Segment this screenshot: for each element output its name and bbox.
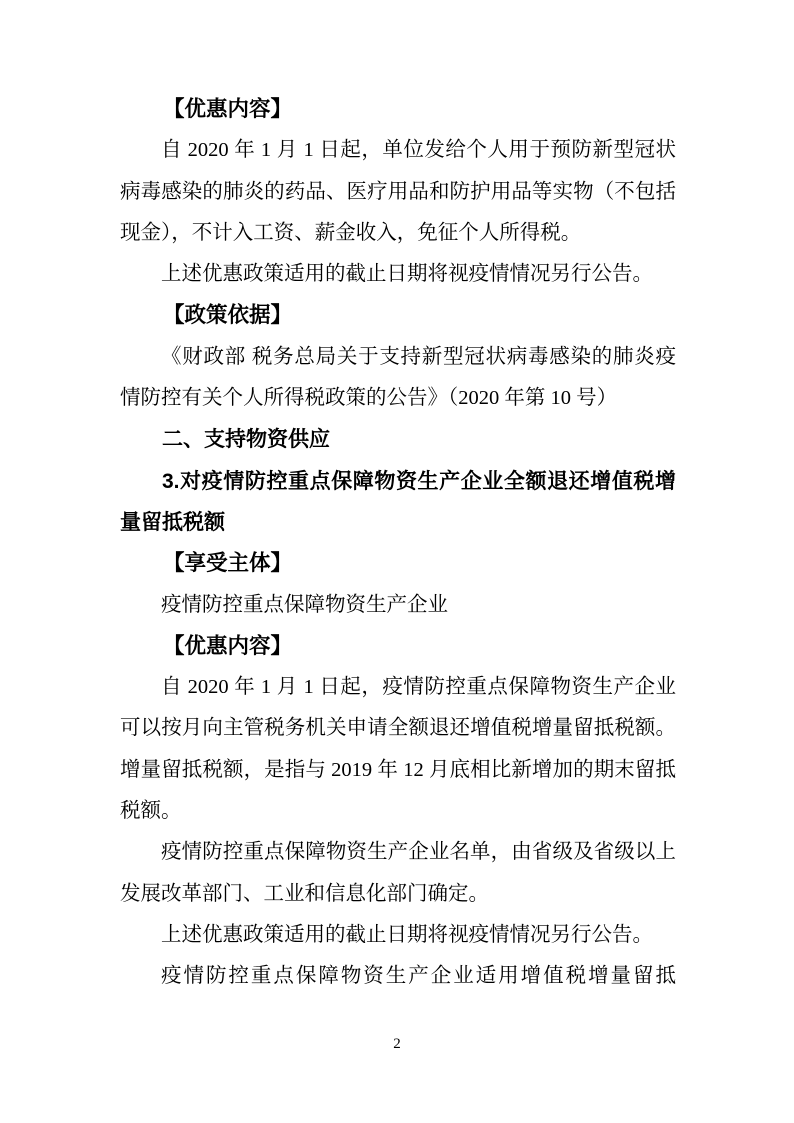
body-paragraph: 疫情防控重点保障物资生产企业 <box>120 585 676 626</box>
body-paragraph: 上述优惠政策适用的截止日期将视疫情情况另行公告。 <box>120 915 676 956</box>
item-heading: 3.对疫情防控重点保障物资生产企业全额退还增值税增量留抵税额 <box>120 461 676 544</box>
body-paragraph: 疫情防控重点保障物资生产企业名单，由省级及省级以上发展改革部门、工业和信息化部门… <box>120 832 676 915</box>
section-heading: 二、支持物资供应 <box>120 419 676 460</box>
bracket-heading: 【优惠内容】 <box>120 626 676 667</box>
document-content: 【优惠内容】 自 2020 年 1 月 1 日起，单位发给个人用于预防新型冠状病… <box>120 89 676 998</box>
body-paragraph-continued: 疫情防控重点保障物资生产企业适用增值税增量留抵 <box>120 956 676 997</box>
bracket-heading: 【享受主体】 <box>120 543 676 584</box>
bracket-heading: 【优惠内容】 <box>120 89 676 130</box>
body-paragraph: 自 2020 年 1 月 1 日起，疫情防控重点保障物资生产企业可以按月向主管税… <box>120 667 676 832</box>
body-paragraph: 《财政部 税务总局关于支持新型冠状病毒感染的肺炎疫情防控有关个人所得税政策的公告… <box>120 337 676 420</box>
page-number: 2 <box>0 1034 794 1054</box>
body-paragraph: 自 2020 年 1 月 1 日起，单位发给个人用于预防新型冠状病毒感染的肺炎的… <box>120 130 676 254</box>
document-page: 【优惠内容】 自 2020 年 1 月 1 日起，单位发给个人用于预防新型冠状病… <box>0 0 794 1123</box>
body-paragraph: 上述优惠政策适用的截止日期将视疫情情况另行公告。 <box>120 254 676 295</box>
bracket-heading: 【政策依据】 <box>120 295 676 336</box>
